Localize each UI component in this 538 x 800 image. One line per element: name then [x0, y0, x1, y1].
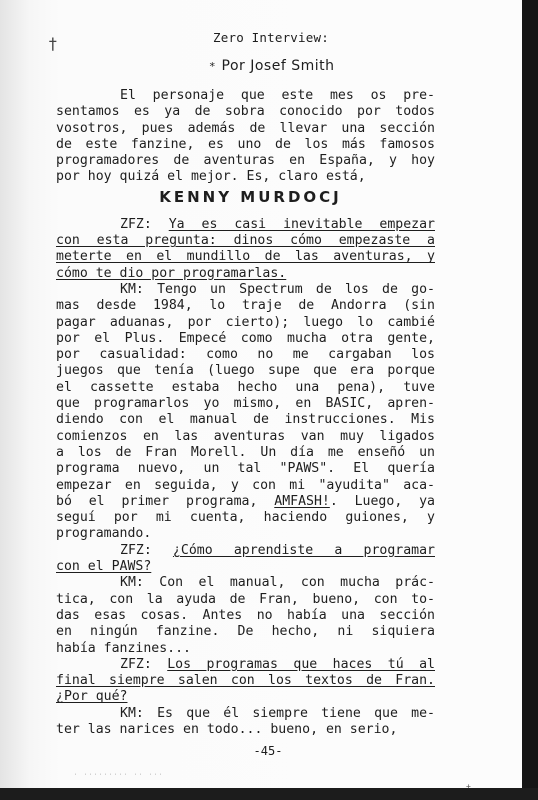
answer-text: tica, con la ayuda de Fran, bueno, con t…	[56, 592, 435, 607]
question-text: Los programas que haces tú al	[167, 657, 435, 672]
page-number: -45-	[0, 744, 522, 758]
answer-text: el cassette estaba hecho una pena), tuve	[56, 380, 435, 395]
text-line: seguí por mi cuenta, haciendo guiones, y	[56, 510, 435, 526]
speaker-label: ZFZ:	[120, 217, 152, 232]
text-line: juegos que tenía (luego supe que era por…	[56, 363, 435, 379]
article-title: Zero Interview:	[0, 30, 522, 45]
question-text: final siempre salen con los textos de Fr…	[56, 673, 435, 688]
text-line: das esas cosas. Antes no había una secci…	[56, 608, 435, 624]
text-line: empezar en seguida, y con mi "ayudita" a…	[56, 478, 435, 494]
answer-text: juegos que tenía (luego supe que era por…	[56, 363, 435, 378]
text-line: por casualidad: como no me cargaban los	[56, 347, 435, 363]
text-line: con el PAWS?	[56, 559, 435, 575]
text-line: en ningún fanzine. De hecho, ni siquiera	[56, 624, 435, 640]
text-line: mas desde 1984, lo traje de Andorra (sin	[56, 298, 435, 314]
answer-text: Con el manual, con mucha prác-	[159, 575, 435, 590]
text-line: KM: Con el manual, con mucha prác-	[56, 575, 435, 591]
scan-edge-right	[522, 0, 538, 800]
question-text: cómo te dio por programarlas.	[56, 266, 286, 281]
speaker-label: KM:	[120, 575, 144, 590]
interview-answer: KM: Tengo un Spectrum de los de go-mas d…	[56, 282, 435, 543]
interviewee-name: KENNY MURDOCJ	[56, 186, 435, 212]
text-line: diendo con el manual de instrucciones. M…	[56, 412, 435, 428]
text-line: ZFZ: ¿Cómo aprendiste a programar	[56, 543, 435, 559]
text-line: ZFZ: Los programas que haces tú al	[56, 657, 435, 673]
bottom-scrap-text: · ········· ·· ···	[74, 772, 164, 778]
text-line: ¿Por qué?	[56, 689, 435, 705]
program-title: AMFASH!	[274, 494, 330, 509]
speaker-label: ZFZ:	[120, 543, 152, 558]
answer-text: mas desde 1984, lo traje de Andorra (sin	[56, 298, 435, 313]
question-text: Ya es casi inevitable empezar	[169, 217, 435, 232]
scanned-page: † Zero Interview: *Por Josef Smith El pe…	[0, 0, 522, 788]
answer-text: a los de Fran Morell. Un día me enseñó u…	[56, 445, 435, 460]
text-line: había fanzines...	[56, 641, 435, 657]
answer-text: en ningún fanzine. De hecho, ni siquiera	[56, 624, 435, 639]
text-line: programando.	[56, 526, 435, 542]
interview-answer: KM: Es que él siempre tiene que me-ter l…	[56, 706, 435, 739]
interview-answer: KM: Con el manual, con mucha prác-tica, …	[56, 575, 435, 656]
text-line: final siempre salen con los textos de Fr…	[56, 673, 435, 689]
answer-text: programando.	[56, 526, 151, 541]
answer-text: había fanzines...	[56, 641, 191, 656]
text-line: KM: Es que él siempre tiene que me-	[56, 706, 435, 722]
intro-line: por hoy quizá el mejor. Es, claro está,	[56, 169, 435, 185]
answer-text: pagar aduanas, por cierto); luego lo cam…	[56, 315, 435, 330]
text-line: comienzos en las aventuras van muy ligad…	[56, 429, 435, 445]
question-text: meterte en el mundillo de las aventuras,…	[56, 249, 435, 264]
text-line: con esta pregunta: dinos cómo empezaste …	[56, 233, 435, 249]
intro-line: de este fanzine, es uno de los más famos…	[56, 137, 435, 153]
interview-question: ZFZ: Los programas que haces tú alfinal …	[56, 657, 435, 706]
asterisk-icon: *	[210, 60, 216, 73]
question-text: ¿Por qué?	[56, 689, 127, 704]
answer-text: Es que él siempre tiene que me-	[157, 706, 435, 721]
answer-text: bó el primer programa, AMFASH!. Luego, y…	[56, 494, 435, 509]
author-name: Por Josef Smith	[222, 58, 335, 74]
interview-question: ZFZ: ¿Cómo aprendiste a programarcon el …	[56, 543, 435, 576]
intro-line: sentamos es ya de sobra conocido por tod…	[56, 104, 435, 120]
text-line: por el Plus. Empecé como mucha otra gent…	[56, 331, 435, 347]
text-line: meterte en el mundillo de las aventuras,…	[56, 249, 435, 265]
byline: *Por Josef Smith	[0, 58, 522, 74]
answer-text: comienzos en las aventuras van muy ligad…	[56, 429, 435, 444]
text-line: cómo te dio por programarlas.	[56, 266, 435, 282]
question-text: ¿Cómo aprendiste a programar	[173, 543, 435, 558]
answer-text: diendo con el manual de instrucciones. M…	[56, 412, 435, 427]
text-line: bó el primer programa, AMFASH!. Luego, y…	[56, 494, 435, 510]
text-line: programa nuevo, un tal "PAWS". El quería	[56, 461, 435, 477]
intro-line: vosotros, pues además de llevar una secc…	[56, 121, 435, 137]
intro-line: El personaje que este mes os pre-	[56, 88, 435, 104]
text-line: pagar aduanas, por cierto); luego lo cam…	[56, 315, 435, 331]
text-line: tica, con la ayuda de Fran, bueno, con t…	[56, 592, 435, 608]
text-line: a los de Fran Morell. Un día me enseñó u…	[56, 445, 435, 461]
answer-text: por casualidad: como no me cargaban los	[56, 347, 435, 362]
speaker-label: KM:	[120, 282, 144, 297]
answer-text: ter las narices en todo... bueno, en ser…	[56, 722, 397, 737]
scan-edge-bottom	[0, 788, 538, 800]
text-line: ZFZ: Ya es casi inevitable empezar	[56, 217, 435, 233]
text-line: el cassette estaba hecho una pena), tuve	[56, 380, 435, 396]
text-line: KM: Tengo un Spectrum de los de go-	[56, 282, 435, 298]
answer-text: das esas cosas. Antes no había una secci…	[56, 608, 435, 623]
answer-text: seguí por mi cuenta, haciendo guiones, y	[56, 510, 435, 525]
intro-paragraph: El personaje que este mes os pre- sentam…	[56, 88, 435, 186]
speaker-label: ZFZ:	[120, 657, 152, 672]
answer-text: por el Plus. Empecé como mucha otra gent…	[56, 331, 435, 346]
question-text: con el PAWS?	[56, 559, 151, 574]
interview-question: ZFZ: Ya es casi inevitable empezarcon es…	[56, 217, 435, 282]
answer-text: que programarlos yo mismo, en BASIC, apr…	[56, 396, 435, 411]
answer-text: empezar en seguida, y con mi "ayudita" a…	[56, 478, 435, 493]
text-line: ter las narices en todo... bueno, en ser…	[56, 722, 435, 738]
intro-line: programadores de aventuras en España, y …	[56, 153, 435, 169]
text-line: que programarlos yo mismo, en BASIC, apr…	[56, 396, 435, 412]
interview-qa: ZFZ: Ya es casi inevitable empezarcon es…	[56, 217, 435, 739]
article-body: El personaje que este mes os pre- sentam…	[56, 88, 435, 738]
answer-text: programa nuevo, un tal "PAWS". El quería	[56, 461, 435, 476]
speaker-label: KM:	[120, 706, 144, 721]
answer-text: Tengo un Spectrum de los de go-	[157, 282, 435, 297]
question-text: con esta pregunta: dinos cómo empezaste …	[56, 233, 435, 248]
